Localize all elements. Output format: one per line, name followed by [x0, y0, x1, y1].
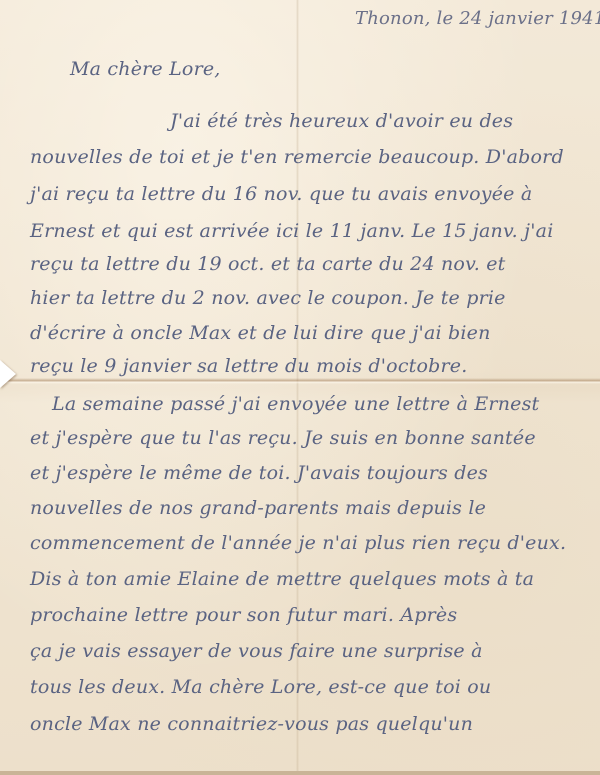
- torn-corner: [0, 360, 16, 388]
- letter-line: nouvelles de toi et je t'en remercie bea…: [30, 146, 564, 168]
- place-date: Thonon, le 24 janvier 1941: [355, 8, 600, 29]
- letter-line: hier ta lettre du 2 nov. avec le coupon.…: [30, 287, 506, 309]
- letter-line: d'écrire à oncle Max et de lui dire que …: [30, 322, 491, 344]
- letter-line: J'ai été très heureux d'avoir eu des: [170, 110, 513, 132]
- letter-line: reçu le 9 janvier sa lettre du mois d'oc…: [30, 355, 467, 377]
- letter-line: tous les deux. Ma chère Lore, est-ce que…: [30, 676, 491, 698]
- letter-line: reçu ta lettre du 19 oct. et ta carte du…: [30, 253, 506, 275]
- letter-line: et j'espère le même de toi. J'avais touj…: [30, 462, 488, 484]
- paper-bottom-edge: [0, 771, 600, 775]
- letter-line: prochaine lettre pour son futur mari. Ap…: [30, 604, 457, 626]
- letter-line: Ernest et qui est arrivée ici le 11 janv…: [30, 220, 553, 242]
- letter-line: j'ai reçu ta lettre du 16 nov. que tu av…: [30, 183, 532, 205]
- salutation: Ma chère Lore,: [70, 58, 221, 80]
- horizontal-fold-crease: [0, 378, 600, 384]
- letter-line: nouvelles de nos grand-parents mais depu…: [30, 497, 486, 519]
- letter-page: Thonon, le 24 janvier 1941 Ma chère Lore…: [0, 0, 600, 775]
- letter-line: La semaine passé j'ai envoyée une lettre…: [52, 393, 539, 415]
- letter-line: oncle Max ne connaitriez-vous pas quelqu…: [30, 713, 473, 735]
- letter-line: Dis à ton amie Elaine de mettre quelques…: [30, 568, 534, 590]
- letter-line: ça je vais essayer de vous faire une sur…: [30, 640, 483, 662]
- letter-line: commencement de l'année je n'ai plus rie…: [30, 532, 566, 554]
- letter-line: et j'espère que tu l'as reçu. Je suis en…: [30, 427, 536, 449]
